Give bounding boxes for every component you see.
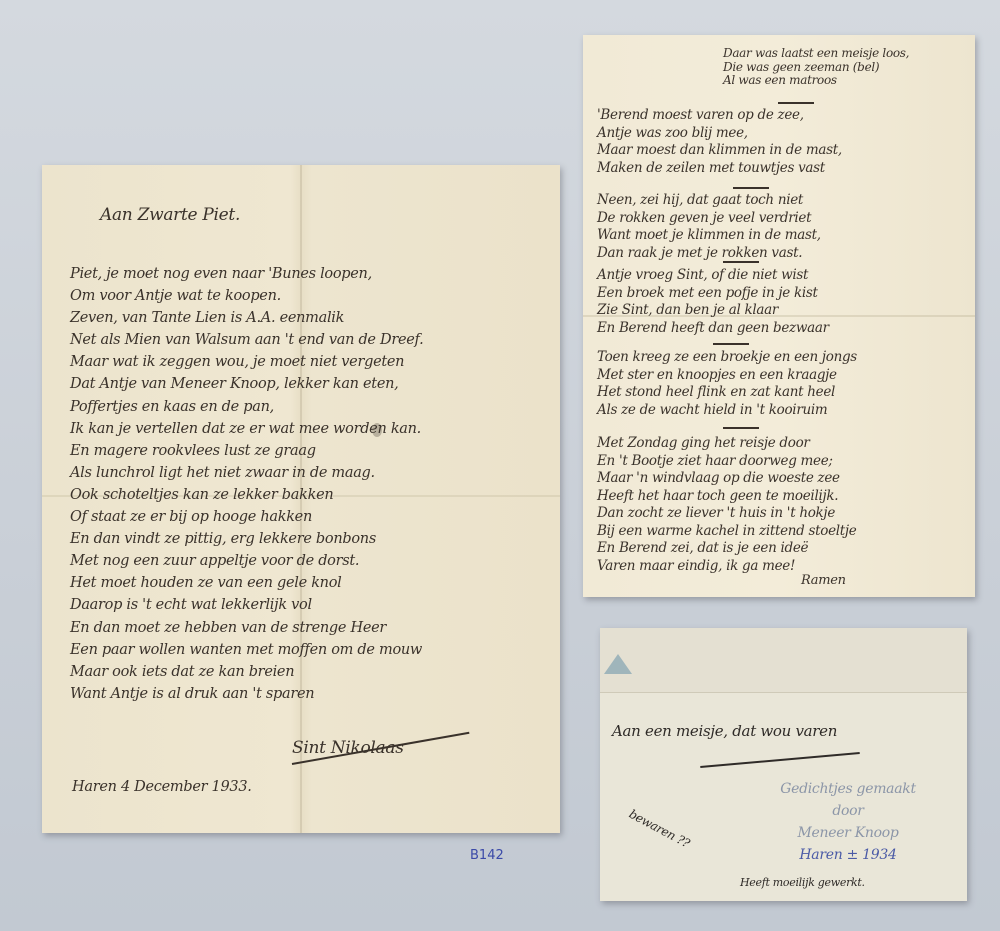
envelope-bottom-note: Heeft moeilijk gewerkt. xyxy=(740,876,865,889)
letter-line: Ik kan je vertellen dat ze er wat mee wo… xyxy=(70,418,423,440)
poem-line: Toen kreeg ze een broekje en een jongs xyxy=(597,349,857,367)
poem-line: 'Berend moest varen op de zee, xyxy=(597,107,842,125)
poem-stanza: Neen, zei hij, dat gaat toch niet De rok… xyxy=(597,192,821,262)
pencil-line: Gedichtjes gemaakt xyxy=(738,778,958,800)
poem-line: Want moet je klimmen in de mast, xyxy=(597,227,821,245)
title-underline xyxy=(700,752,860,768)
letter-line: Dat Antje van Meneer Knoop, lekker kan e… xyxy=(70,373,423,395)
poem-line: De rokken geven je veel verdriet xyxy=(597,210,821,228)
poem-line: Dan raak je met je rokken vast. xyxy=(597,245,821,263)
letter-line: Maar ook iets dat ze kan breien xyxy=(70,661,423,683)
poem-line: Met ster en knoopjes en een kraagje xyxy=(597,367,857,385)
envelope: Aan een meisje, dat wou varen Gedichtjes… xyxy=(600,628,967,901)
letter-line: Daarop is 't echt wat lekkerlijk vol xyxy=(70,594,423,616)
poem-line: Bij een warme kachel in zittend stoeltje xyxy=(597,523,857,541)
letter-line: Om voor Antje wat te koopen. xyxy=(70,285,423,307)
letter-line: Want Antje is al druk aan 't sparen xyxy=(70,683,423,705)
poem-sheet: Daar was laatst een meisje loos, Die was… xyxy=(583,35,975,597)
poem-intro: Daar was laatst een meisje loos, Die was… xyxy=(723,47,909,88)
letter-line: Als lunchrol ligt het niet zwaar in de m… xyxy=(70,462,423,484)
pencil-line: door xyxy=(738,800,958,822)
stanza-separator xyxy=(733,187,769,189)
left-letter-sheet: Aan Zwarte Piet. Piet, je moet nog even … xyxy=(42,165,560,833)
poem-line: Antje was zoo blij mee, xyxy=(597,125,842,143)
poem-line: Een broek met een pofje in je kist xyxy=(597,285,829,303)
envelope-torn-corner xyxy=(604,654,632,674)
poem-stanza: Antje vroeg Sint, of die niet wist Een b… xyxy=(597,267,829,337)
pencil-line: Meneer Knoop xyxy=(738,822,958,844)
poem-line: Die was geen zeeman (bel) xyxy=(723,61,909,75)
pencil-line: Haren ± 1934 xyxy=(738,844,958,866)
envelope-pencil-note: Gedichtjes gemaakt door Meneer Knoop Har… xyxy=(738,778,958,866)
letter-line: Net als Mien van Walsum aan 't end van d… xyxy=(70,329,423,351)
poem-line: Als ze de wacht hield in 't kooiruim xyxy=(597,402,857,420)
letter-line: Het moet houden ze van een gele knol xyxy=(70,572,423,594)
poem-line: En 't Bootje ziet haar doorweg mee; xyxy=(597,453,857,471)
letter-line: Met nog een zuur appeltje voor de dorst. xyxy=(70,550,423,572)
letter-line: Een paar wollen wanten met moffen om de … xyxy=(70,639,423,661)
poem-line: Maken de zeilen met touwtjes vast xyxy=(597,160,842,178)
poem-line: Antje vroeg Sint, of die niet wist xyxy=(597,267,829,285)
poem-stanza: 'Berend moest varen op de zee, Antje was… xyxy=(597,107,842,177)
letter-line: Poffertjes en kaas en de pan, xyxy=(70,396,423,418)
poem-line: Maar moest dan klimmen in de mast, xyxy=(597,142,842,160)
letter-line: En dan vindt ze pittig, erg lekkere bonb… xyxy=(70,528,423,550)
poem-line: Met Zondag ging het reisje door xyxy=(597,435,857,453)
catalog-label: B142 xyxy=(470,848,504,863)
stanza-separator xyxy=(723,261,759,263)
poem-line: En Berend zei, dat is je een ideë xyxy=(597,540,857,558)
poem-line: Zie Sint, dan ben je al klaar xyxy=(597,302,829,320)
poem-stanza: Toen kreeg ze een broekje en een jongs M… xyxy=(597,349,857,419)
poem-line: Al was een matroos xyxy=(723,74,909,88)
poem-line: Maar 'n windvlaag op die woeste zee xyxy=(597,470,857,488)
letter-line: Piet, je moet nog even naar 'Bunes loope… xyxy=(70,263,423,285)
letter-greeting: Aan Zwarte Piet. xyxy=(100,205,240,225)
poem-line: Neen, zei hij, dat gaat toch niet xyxy=(597,192,821,210)
letter-line: Of staat ze er bij op hooge hakken xyxy=(70,506,423,528)
letter-line: Ook schoteltjes kan ze lekker bakken xyxy=(70,484,423,506)
envelope-title: Aan een meisje, dat wou varen xyxy=(612,722,837,740)
letter-line: Zeven, van Tante Lien is A.A. eenmalik xyxy=(70,307,423,329)
letter-body: Piet, je moet nog even naar 'Bunes loope… xyxy=(70,263,423,705)
stanza-separator xyxy=(723,427,759,429)
poem-line: En Berend heeft dan geen bezwaar xyxy=(597,320,829,338)
poem-line: Daar was laatst een meisje loos, xyxy=(723,47,909,61)
stanza-separator xyxy=(713,343,749,345)
poem-line: Het stond heel flink en zat kant heel xyxy=(597,384,857,402)
poem-signature: Ramen xyxy=(801,573,846,588)
letter-line: En dan moet ze hebben van de strenge Hee… xyxy=(70,617,423,639)
poem-line: Heeft het haar toch geen te moeilijk. xyxy=(597,488,857,506)
poem-stanza: Met Zondag ging het reisje door En 't Bo… xyxy=(597,435,857,575)
letter-line: En magere rookvlees lust ze graag xyxy=(70,440,423,462)
letter-line: Maar wat ik zeggen wou, je moet niet ver… xyxy=(70,351,423,373)
letter-date: Haren 4 December 1933. xyxy=(72,779,252,795)
envelope-side-note: bewaren ?? xyxy=(627,807,692,851)
poem-line: Dan zocht ze liever 't huis in 't hokje xyxy=(597,505,857,523)
envelope-flap xyxy=(600,628,967,693)
stanza-separator xyxy=(778,102,814,104)
